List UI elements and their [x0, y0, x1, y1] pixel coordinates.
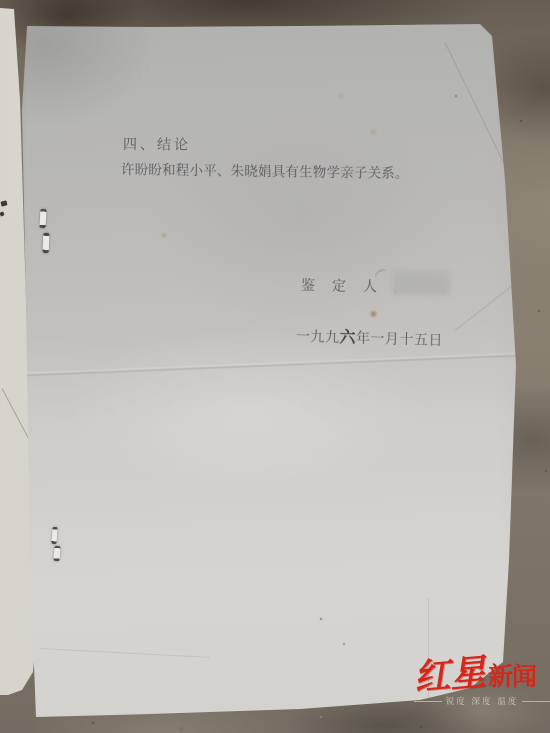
paper-stain	[369, 128, 378, 136]
fold-crease	[40, 648, 210, 658]
paper-stain	[160, 232, 168, 239]
marble-speckles	[0, 0, 2, 2]
watermark-logo: 红星 新闻	[414, 660, 550, 692]
news-watermark: 红星 新闻 锐度 深度 温度	[414, 660, 550, 707]
horizontal-fold-crease	[24, 353, 516, 376]
paper-stain	[369, 310, 378, 318]
paper-stain	[338, 93, 344, 99]
watermark-logo-block: 新闻	[488, 664, 536, 689]
tagline-dash-left	[414, 701, 442, 702]
tagline-dash-right	[522, 701, 550, 702]
document-page: 四、结论 许盼盼和程小平、朱晓娟具有生物学亲子关系。 鉴定人， 一九九六年一月十…	[0, 0, 550, 733]
conclusion-text: 许盼盼和程小平、朱晓娟具有生物学亲子关系。	[121, 158, 409, 182]
staple-mark	[0, 200, 7, 206]
signer-row: 鉴定人，	[301, 275, 404, 297]
staple	[40, 209, 47, 228]
redacted-signature-blur	[392, 270, 450, 295]
watermark-tagline: 锐度 深度 温度	[446, 695, 518, 707]
staple-mark	[0, 211, 5, 216]
watermark-logo-script: 红星	[413, 657, 488, 696]
date-line: 一九九六年一月十五日	[296, 323, 444, 350]
date-emphasized-digit: 六	[339, 327, 356, 346]
section-heading: 四、结论	[123, 134, 191, 155]
date-suffix: 年一月十五日	[356, 331, 443, 349]
document-photo: 四、结论 许盼盼和程小平、朱晓娟具有生物学亲子关系。 鉴定人， 一九九六年一月十…	[0, 0, 550, 733]
date-prefix: 一九九	[296, 329, 340, 346]
staple	[43, 233, 50, 253]
staple	[53, 546, 60, 561]
staple	[51, 527, 57, 544]
